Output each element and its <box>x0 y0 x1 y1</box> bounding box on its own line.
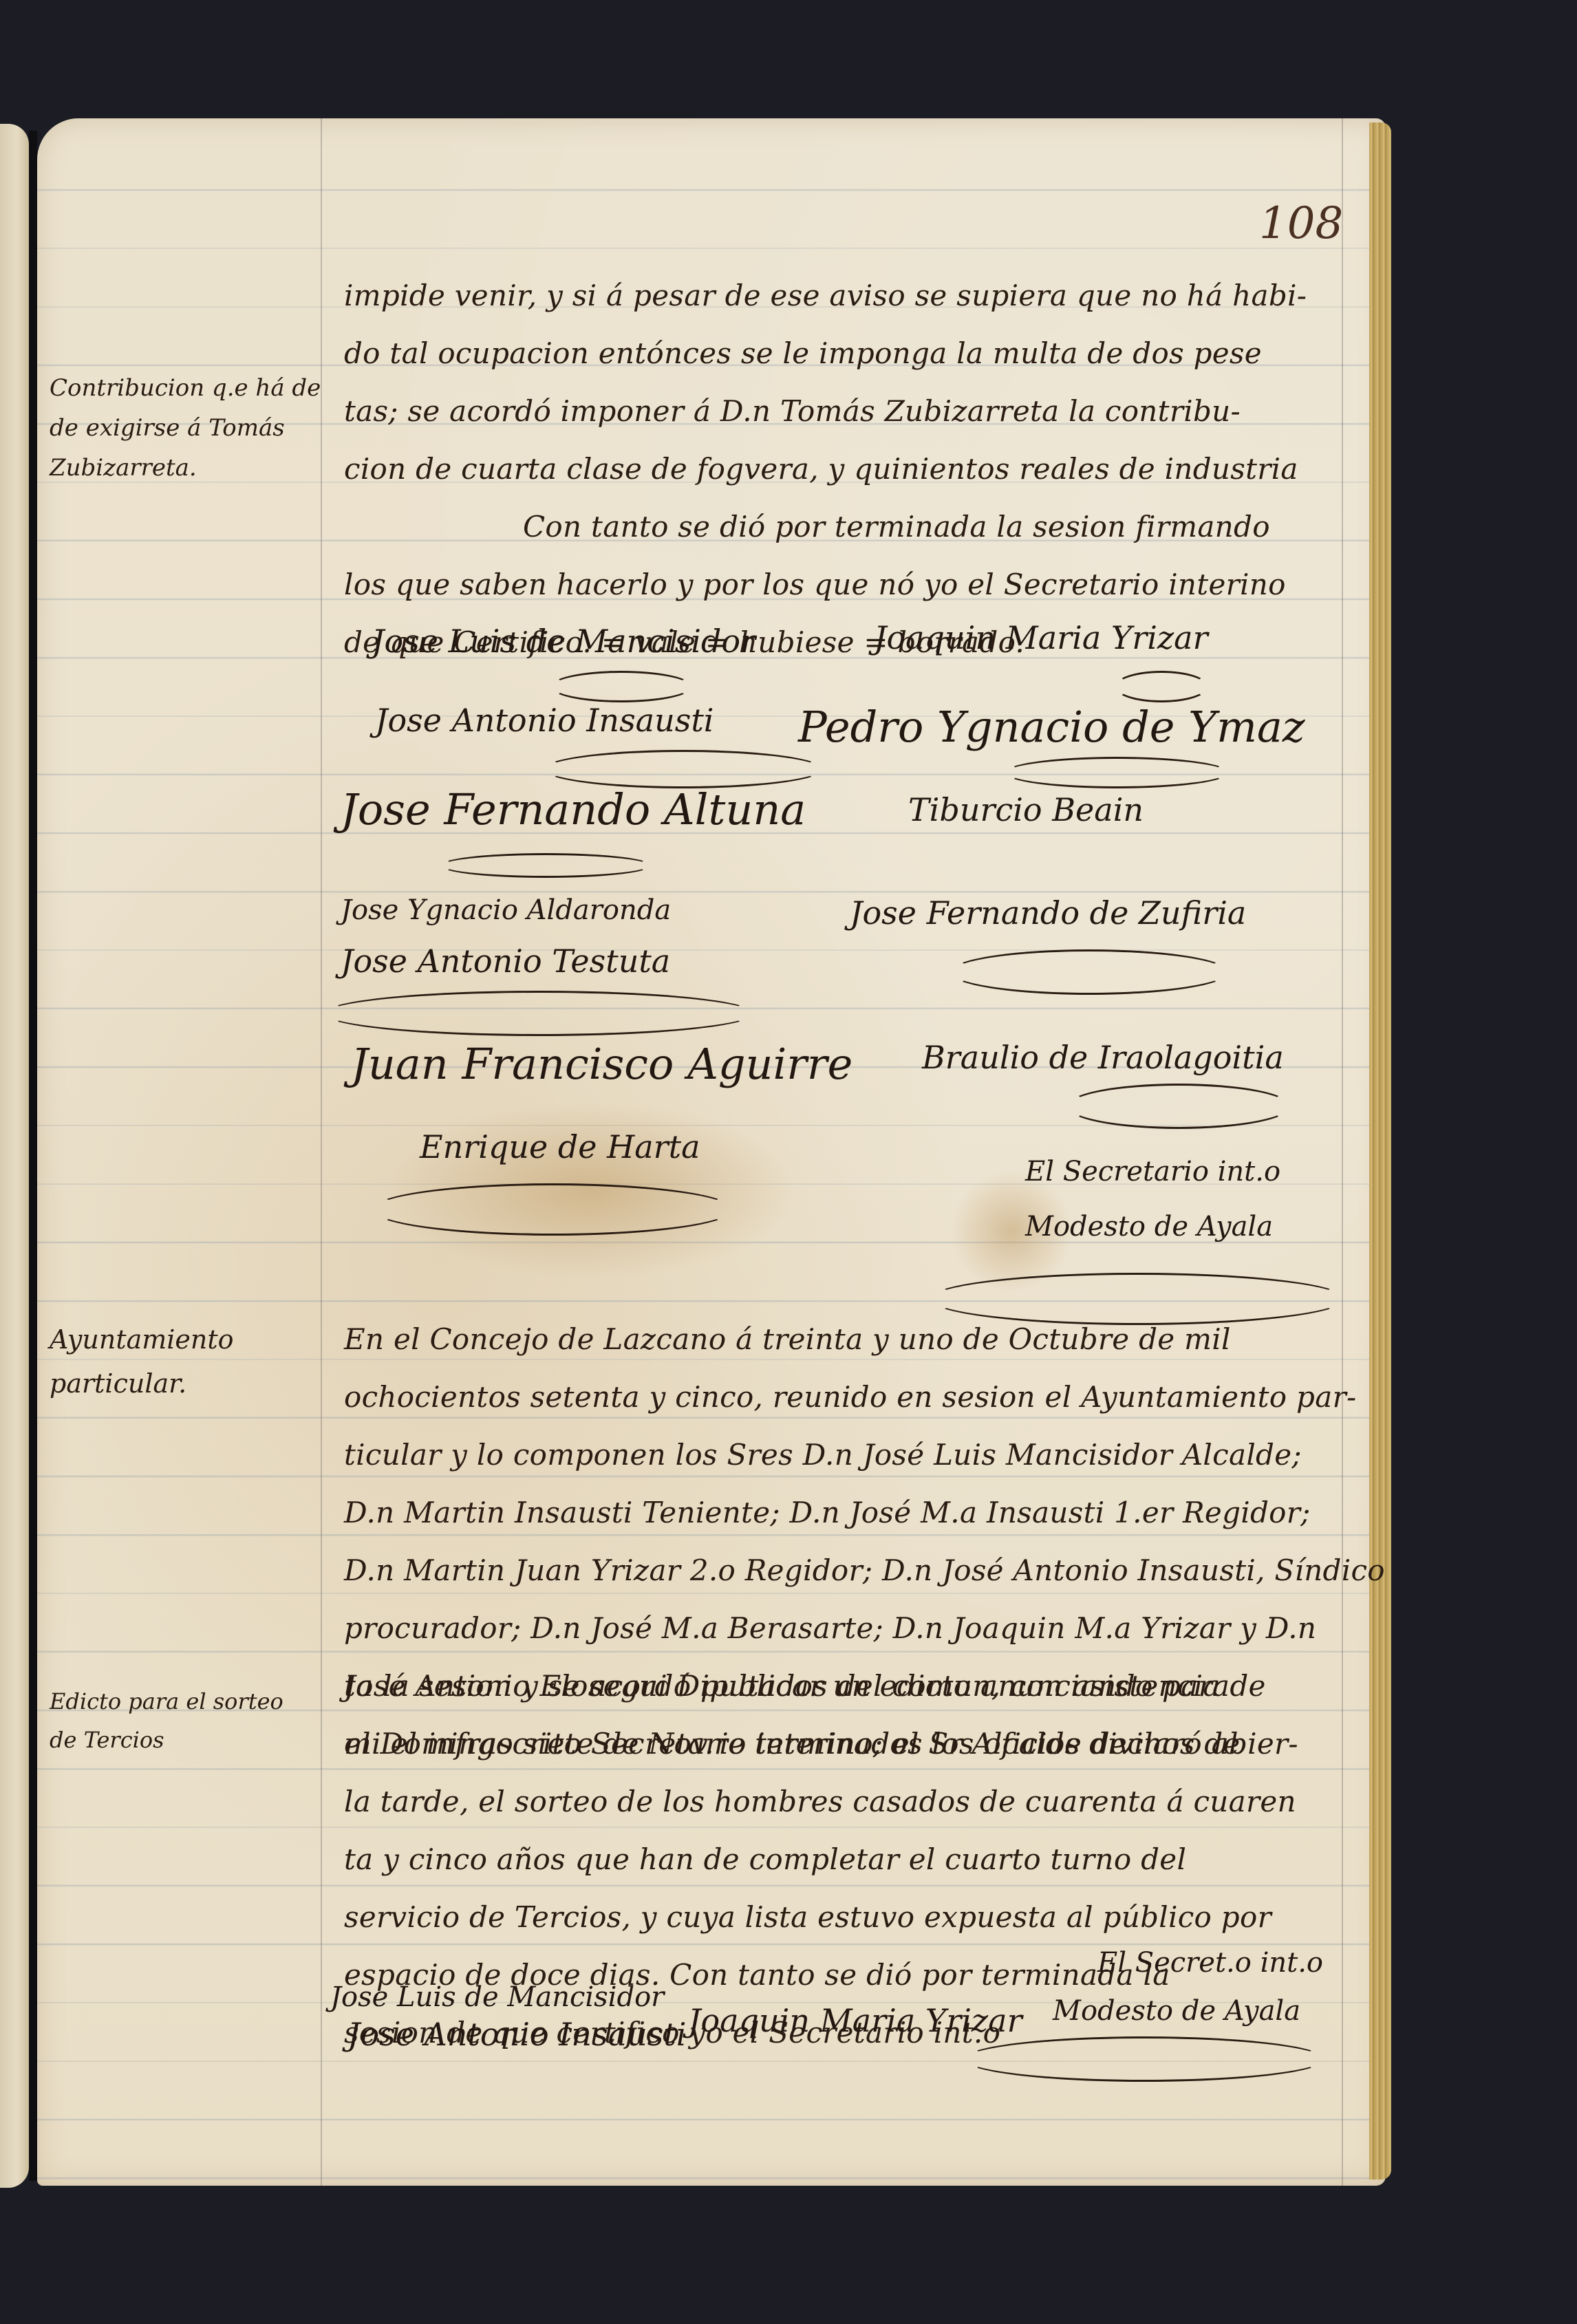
body-line: los que saben hacerlo y por los que nó y… <box>344 556 1335 614</box>
body-line: ta y cinco años que han de completar el … <box>344 1831 1335 1889</box>
body-line: D.n Martin Juan Yrizar 2.o Regidor; D.n … <box>344 1542 1335 1600</box>
minutes-body-1: impide venir, y si á pesar de ese aviso … <box>344 267 1335 671</box>
signature: Jose Fernando Altuna <box>341 784 806 835</box>
signature-flourish <box>544 750 823 788</box>
signature: Enrique de Harta <box>420 1128 700 1165</box>
body-line: Con tanto se dió por terminada la sesion… <box>344 498 1335 556</box>
signature-flourish <box>440 853 651 878</box>
book-gutter <box>29 131 37 2181</box>
signature-flourish <box>323 991 754 1036</box>
body-line: ticular y lo componen los Sres D.n José … <box>344 1426 1335 1484</box>
signature: Pedro Ygnacio de Ymaz <box>798 702 1305 752</box>
body-line: do tal ocupacion entónces se le imponga … <box>344 325 1335 383</box>
signature: Jose Luis de Mancisidor <box>330 1981 664 2013</box>
margin-note-edicto: Edicto para el sorteo de Tercios <box>50 1682 325 1759</box>
signature-flourish <box>550 671 692 702</box>
margin-note-line: de Tercios <box>50 1721 325 1759</box>
facing-page-edge <box>0 124 29 2188</box>
margin-note-line: de exigirse á Tomás <box>50 408 325 448</box>
margin-note-line: Edicto para el sorteo <box>50 1682 325 1721</box>
margin-note-line: Contribucion q.e há de <box>50 368 325 408</box>
body-line: la tarde, el sorteo de los hombres casad… <box>344 1773 1335 1831</box>
margin-note-line: Ayuntamiento <box>50 1317 325 1362</box>
signature: Jose Antonio Insausti <box>375 702 714 739</box>
body-line: el Domingo siete de Nov.re terminados lo… <box>344 1715 1335 1773</box>
signature: Braulio de Iraolagoitia <box>922 1039 1284 1076</box>
signature: Jose Antonio Testuta <box>341 943 670 980</box>
margin-note-ayuntamiento: Ayuntamiento particular. <box>50 1317 325 1406</box>
body-line: ta la sesion y se acordó publicar un edi… <box>344 1657 1335 1715</box>
signature-flourish <box>963 2036 1325 2082</box>
body-line: tas; se acordó imponer á D.n Tomás Zubiz… <box>344 383 1335 440</box>
signature: Jose Luis de Mancisidor <box>372 623 755 660</box>
secretary-signature: Modesto de Ayala <box>1053 1995 1300 2027</box>
body-line: En el Concejo de Lazcano á treinta y uno… <box>344 1311 1335 1368</box>
secretary-title: El Secret.o int.o <box>1097 1947 1323 1979</box>
signature-flourish <box>1115 671 1208 702</box>
signature: Juan Francisco Aguirre <box>351 1039 852 1089</box>
signature-flourish <box>950 949 1229 995</box>
body-line: impide venir, y si á pesar de ese aviso … <box>344 267 1335 325</box>
signature: Joaquin Maria Yrizar <box>874 619 1208 656</box>
body-line: cion de cuarta clase de fogvera, y quini… <box>344 440 1335 498</box>
signature-flourish <box>1005 757 1229 788</box>
signature: Jose Ygnacio Aldaronda <box>341 894 671 926</box>
body-line: servicio de Tercios, y cuya lista estuvo… <box>344 1889 1335 1946</box>
gilt-page-edges <box>1369 122 1391 2180</box>
margin-note-line: Zubizarreta. <box>50 448 325 488</box>
signature: Jose Antonio Insausti <box>347 2016 687 2053</box>
signature: Joaquin Maria Yrizar <box>688 2002 1022 2039</box>
signature-flourish <box>1066 1084 1291 1129</box>
body-line: procurador; D.n José M.a Berasarte; D.n … <box>344 1600 1335 1657</box>
margin-note-line: particular. <box>50 1362 325 1406</box>
signature: Jose Fernando de Zufiria <box>850 894 1246 932</box>
body-line: D.n Martin Insausti Teniente; D.n José M… <box>344 1484 1335 1542</box>
signature-flourish <box>372 1183 733 1236</box>
secretary-signature: Modesto de Ayala <box>1025 1211 1273 1242</box>
body-line: ochocientos setenta y cinco, reunido en … <box>344 1368 1335 1426</box>
signature: Tiburcio Beain <box>908 791 1144 828</box>
secretary-title: El Secretario int.o <box>1025 1156 1280 1187</box>
page-number: 108 <box>1259 198 1343 249</box>
margin-note-contribucion: Contribucion q.e há de de exigirse á Tom… <box>50 368 325 488</box>
margin-rule-right <box>1342 118 1343 2186</box>
